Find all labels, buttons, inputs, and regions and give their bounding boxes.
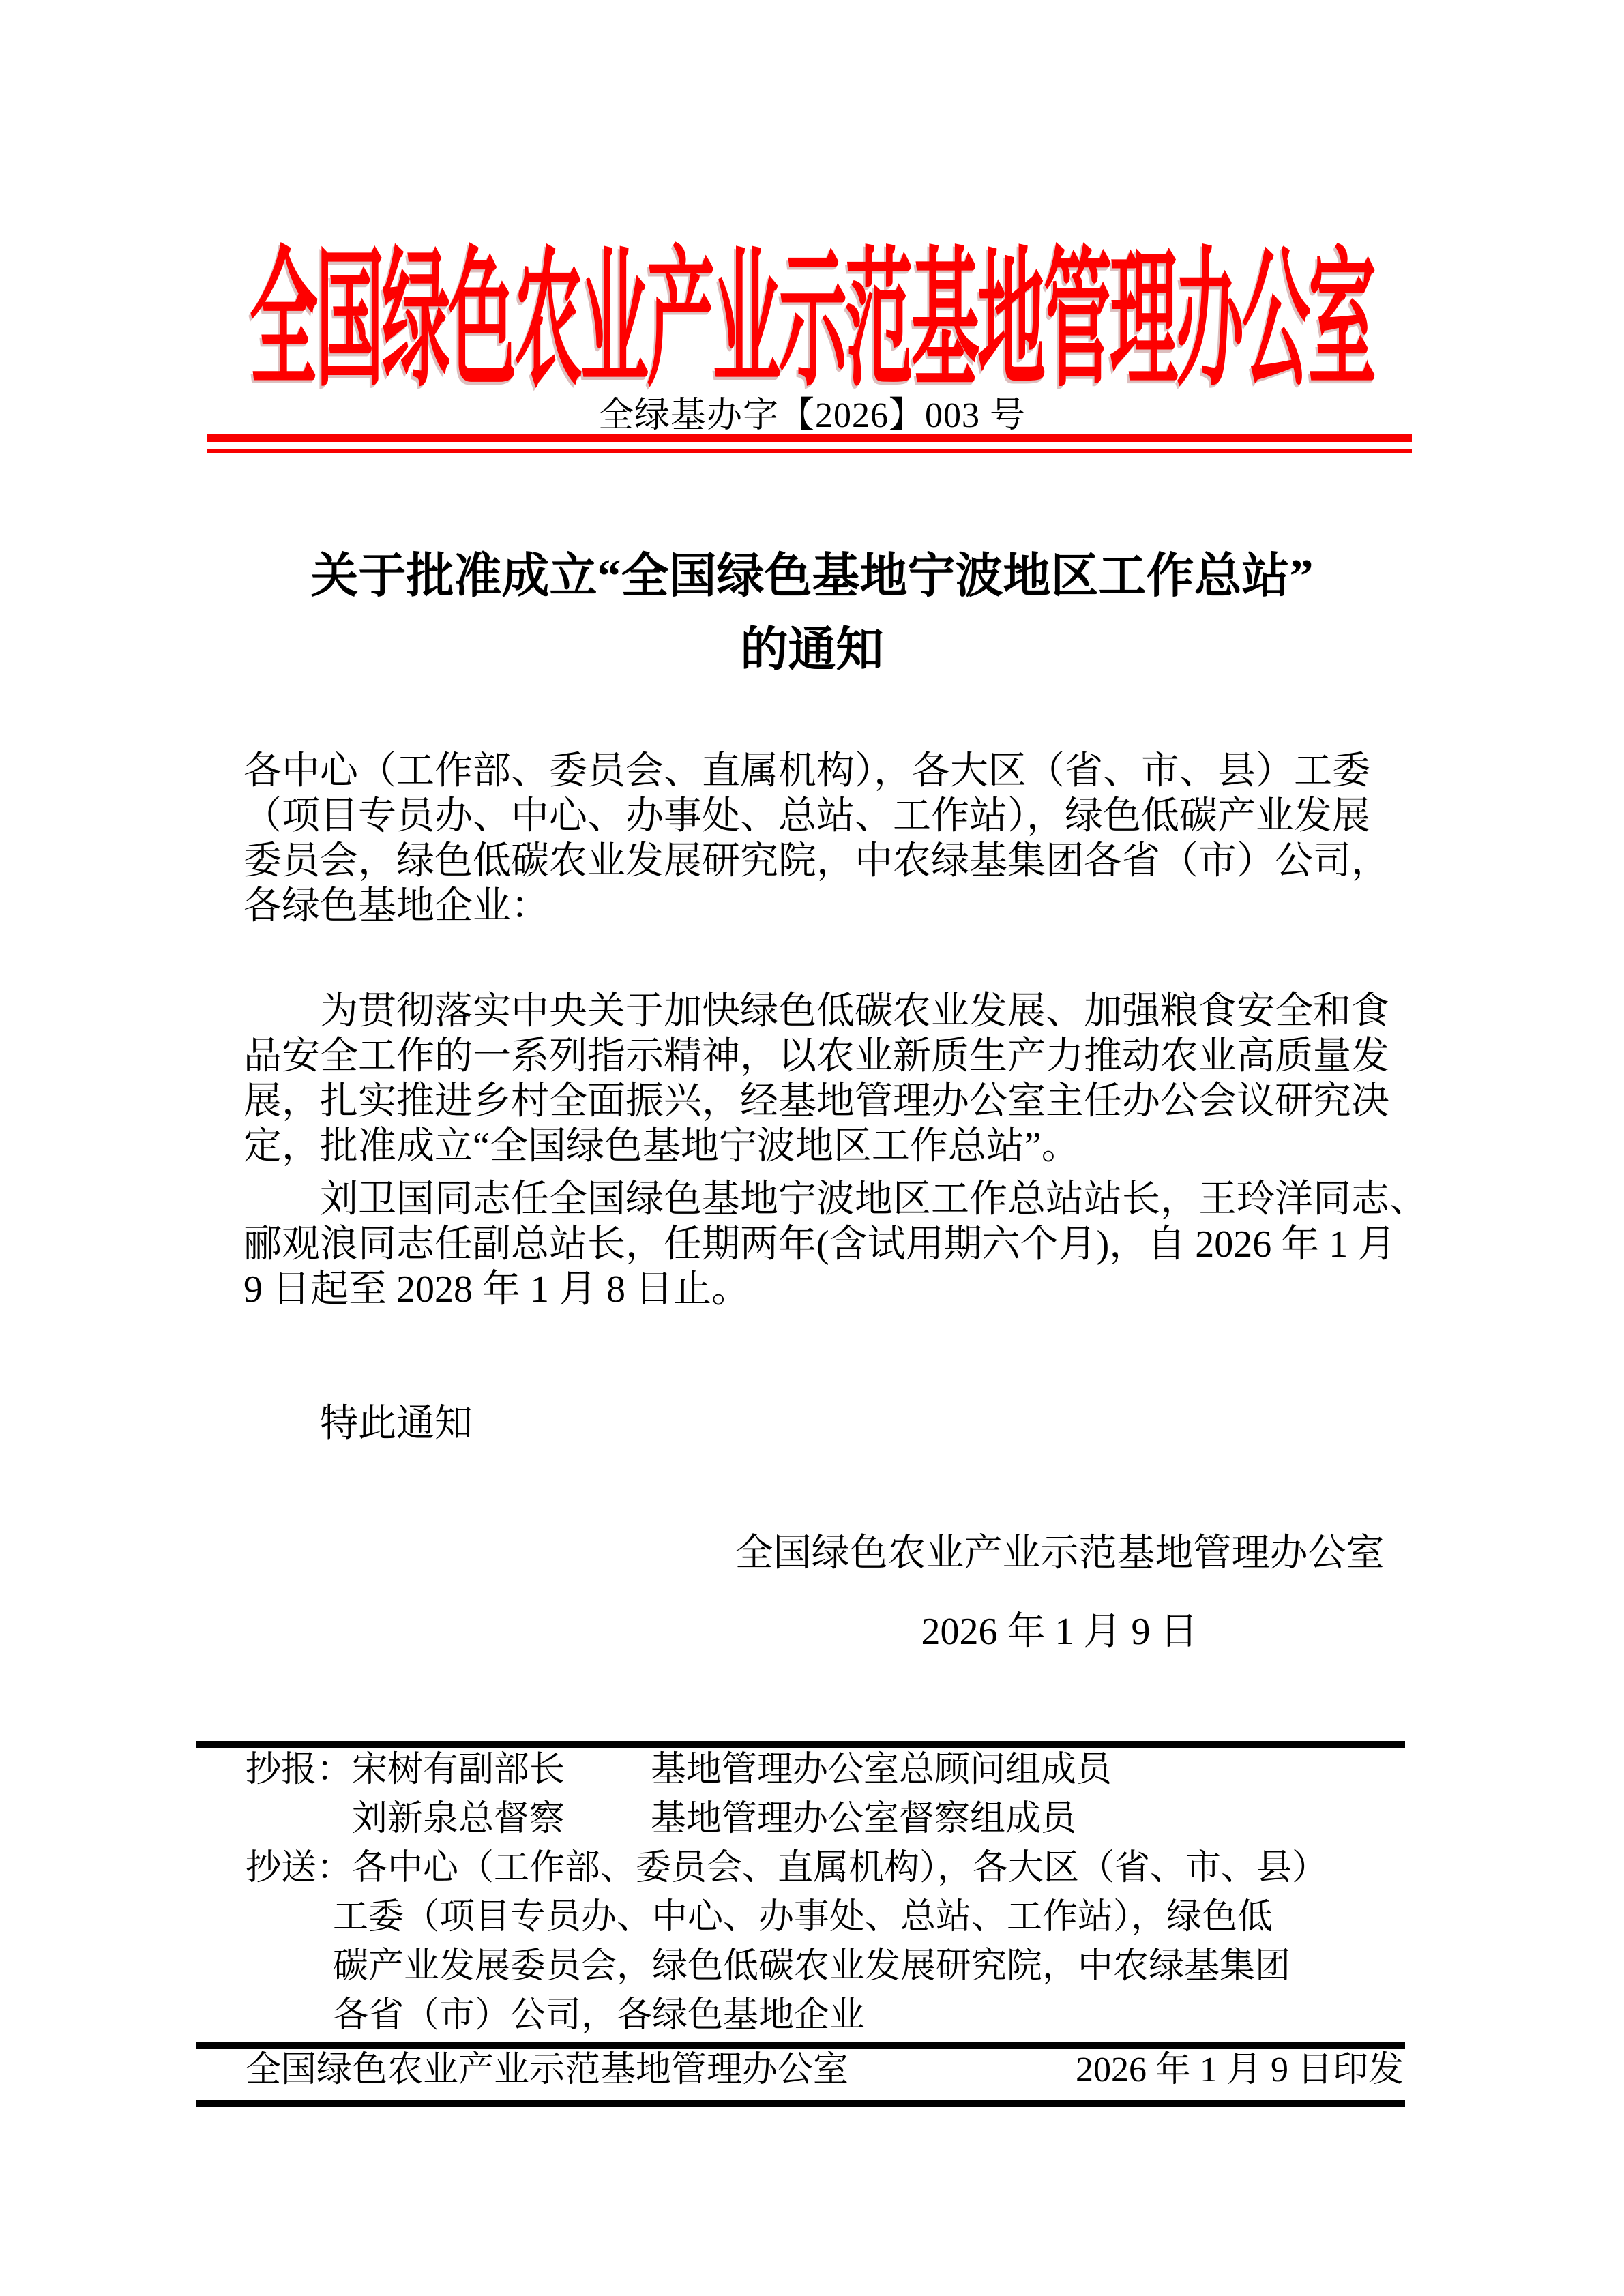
copy-report-row: 刘新泉总督察基地管理办公室督察组成员 — [246, 1795, 1412, 1844]
copy-send-row: 抄送：各中心（工作部、委员会、直属机构），各大区（省、市、县） — [246, 1844, 1412, 1893]
document-title-line1: 关于批准成立“全国绿色基地宁波地区工作总站” — [0, 540, 1624, 614]
copy-report-row: 抄报：宋树有副部长基地管理办公室总顾问组成员 — [246, 1746, 1412, 1795]
red-divider-thick — [207, 434, 1412, 442]
copy-send-label: 抄送： — [246, 1844, 352, 1893]
red-divider-thin — [207, 449, 1412, 453]
document-body: 各中心（工作部、委员会、直属机构），各大区（省、市、县）工委 （项目专员办、中心… — [243, 749, 1410, 1446]
copy-report-desc: 基地管理办公室总顾问组成员 — [651, 1750, 1112, 1789]
salutation-line: 各中心（工作部、委员会、直属机构），各大区（省、市、县）工委 — [243, 749, 1410, 794]
document-title-line2: 的通知 — [0, 614, 1624, 687]
letterhead-org-title: 全国绿色农业产业示范基地管理办公室 — [0, 199, 1624, 415]
paragraph-spacer — [243, 929, 1410, 989]
copy-send-row: 碳产业发展委员会，绿色低碳农业发展研究院，中农绿基集团 — [246, 1942, 1412, 1991]
signature-date: 2026 年 1 月 9 日 — [729, 1611, 1390, 1652]
paragraph-line: 品安全工作的一系列指示精神，以农业新质生产力推动农业高质量发 — [243, 1034, 1410, 1079]
closing-phrase: 特此通知 — [243, 1401, 1410, 1446]
paragraph-line: 刘卫国同志任全国绿色基地宁波地区工作总站站长，王玲洋同志、 — [243, 1177, 1410, 1222]
footer-divider-bottom — [196, 2100, 1405, 2107]
copy-send-row: 工委（项目专员办、中心、办事处、总站、工作站），绿色低 — [246, 1893, 1412, 1942]
signature-block: 全国绿色农业产业示范基地管理办公室 2026 年 1 月 9 日 — [729, 1533, 1390, 1652]
salutation-line: 各绿色基地企业： — [243, 884, 1410, 929]
paragraph-line: 郦观浪同志任副总站长，任期两年(含试用期六个月)，自 2026 年 1 月 — [243, 1222, 1410, 1267]
salutation-line: 委员会，绿色低碳农业发展研究院，中农绿基集团各省（市）公司， — [243, 839, 1410, 884]
footer-distribution: 抄报：宋树有副部长基地管理办公室总顾问组成员 刘新泉总督察基地管理办公室督察组成… — [246, 1746, 1412, 2040]
paragraph-line: 9 日起至 2028 年 1 月 8 日止。 — [243, 1267, 1410, 1312]
paragraph-line: 定，批准成立“全国绿色基地宁波地区工作总站”。 — [243, 1124, 1410, 1169]
copy-report-name: 刘新泉总督察 — [352, 1795, 565, 1844]
paragraph-spacer — [243, 1169, 1410, 1177]
print-org: 全国绿色农业产业示范基地管理办公室 — [246, 2049, 848, 2091]
print-info-row: 全国绿色农业产业示范基地管理办公室 2026 年 1 月 9 日印发 — [246, 2049, 1404, 2091]
copy-report-label: 抄报： — [246, 1746, 352, 1795]
copy-report-name: 宋树有副部长 — [352, 1746, 565, 1795]
signature-org: 全国绿色农业产业示范基地管理办公室 — [729, 1533, 1390, 1574]
paragraph-line: 为贯彻落实中央关于加快绿色低碳农业发展、加强粮食安全和食 — [243, 989, 1410, 1034]
salutation-line: （项目专员办、中心、办事处、总站、工作站），绿色低碳产业发展 — [243, 794, 1410, 839]
official-document-page: 全国绿色农业产业示范基地管理办公室 全绿基办字【2026】003 号 关于批准成… — [0, 0, 1624, 2296]
print-date: 2026 年 1 月 9 日印发 — [1076, 2049, 1404, 2091]
document-number: 全绿基办字【2026】003 号 — [0, 386, 1624, 437]
copy-send-row: 各省（市）公司，各绿色基地企业 — [246, 1991, 1412, 2040]
copy-send-line: 各中心（工作部、委员会、直属机构），各大区（省、市、县） — [352, 1849, 1327, 1888]
footer-divider-middle — [196, 2042, 1405, 2049]
copy-report-desc: 基地管理办公室督察组成员 — [651, 1800, 1076, 1838]
paragraph-line: 展，扎实推进乡村全面振兴，经基地管理办公室主任办公会议研究决 — [243, 1079, 1410, 1124]
document-title: 关于批准成立“全国绿色基地宁波地区工作总站” 的通知 — [0, 540, 1624, 687]
